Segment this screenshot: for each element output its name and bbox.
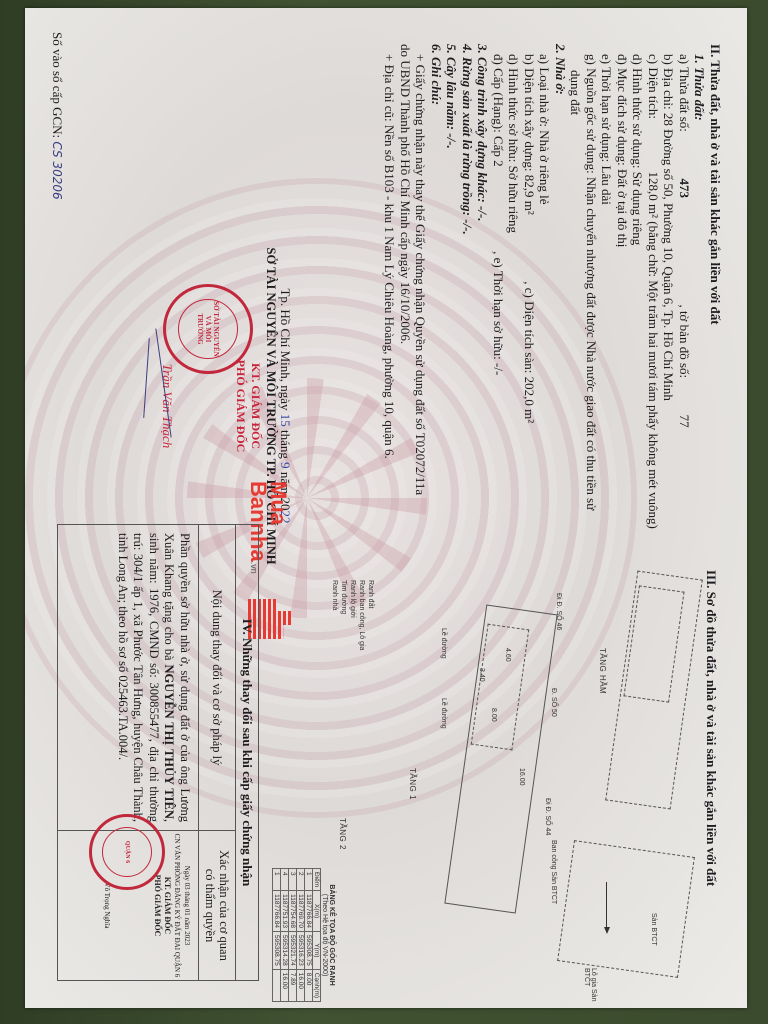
parcel-label: a) Thửa đất số:: [677, 54, 692, 132]
loggia-label: Lô gia Sàn BTCT: [583, 968, 597, 1008]
recipient-name: NGUYỄN THỊ THỦY TIÊN: [163, 664, 177, 818]
curb-label: Lề đường: [440, 698, 447, 729]
col-content-header: Nội dung thay đổi và cơ sở pháp lý: [198, 525, 235, 830]
dimension: 4.60: [504, 648, 511, 662]
registry-label: Số vào sổ cấp GCN:: [50, 32, 65, 138]
registry-value: CS 30206: [50, 141, 64, 199]
col-confirm-header: Xác nhận của cơ quan: [217, 831, 231, 980]
note-line-2: do UBND Thành phố Hồ Chí Minh cấp ngày 1…: [398, 44, 414, 529]
forest: 4. Rừng sản xuất là rừng trồng: -/-.: [460, 44, 476, 529]
change-content: Phần quyền sở hữu nhà ở, sử dụng đất ở c…: [109, 525, 199, 830]
registry-number: Số vào sổ cấp GCN: CS 30206: [49, 32, 65, 200]
coord-table-subtitle: (Theo Hệ tọa độ VN-2000): [321, 868, 328, 1002]
house-grade: đ) Cấp (Hạng): Cấp 2: [491, 54, 506, 167]
land-certificate-page: II. Thửa đất, nhà ở và tài sản khác gắn …: [25, 8, 747, 1008]
legend-item: Tim đường: [339, 580, 348, 650]
coord-row: 11187766.84595308.75: [273, 869, 281, 1002]
cert-office: CN VĂN PHÒNG ĐĂNG KÝ ĐẤT ĐAI QUẬN 6: [172, 831, 182, 980]
coord-row: 21187769.70595316.2316.00: [297, 869, 305, 1002]
coord-header: Điểm: [313, 869, 321, 891]
office-stamp: QUẬN 6: [89, 814, 165, 890]
section-3-title: III. Sơ đồ thửa đất, nhà ở và tài sản kh…: [703, 570, 719, 886]
house-term: , e) Thời hạn sở hữu: -/-: [491, 251, 506, 375]
house-type: a) Loại nhà ở: Nhà ở riêng lẻ: [537, 44, 553, 529]
floor-area: , c) Diện tích sàn: 202,0 m²: [522, 281, 537, 423]
legend-item: Ranh đất: [366, 580, 375, 650]
map-legend: Ranh đất Ranh ban công, Lô gia Ranh lộ g…: [330, 580, 375, 650]
land-origin: g) Nguồn gốc sử dụng: Nhận chuyển nhượng…: [584, 44, 600, 529]
road-label: Đi Đ. SỐ 44: [544, 798, 551, 835]
section-4-changes: IV. Những thay đổi sau khi cấp giấy chứn…: [57, 524, 259, 981]
road-label: Đi Đ. SỐ 46: [555, 593, 562, 630]
dimension: 16.00: [518, 768, 525, 786]
coord-header: Cạnh(m): [313, 969, 321, 1001]
coord-header: X(m): [313, 891, 321, 932]
note-line-1: + Giấy chứng nhận này thay thế Giấy chứn…: [413, 44, 429, 529]
coord-table-title: BẢNG KÊ TỌA ĐỘ GÓC RANH: [328, 868, 335, 1002]
land-purpose: đ) Mục đích sử dụng: Đất ở tại đô thị: [615, 44, 631, 529]
land-origin-cont: dụng đất: [568, 44, 584, 529]
col-confirm-header-2: có thẩm quyền: [203, 831, 217, 980]
slab-label: Sàn BTCT: [650, 913, 657, 946]
land-address: b) Địa chỉ: 28 Đường số 50, Phường 10, Q…: [661, 44, 677, 529]
land-heading: 1. Thửa đất:: [692, 44, 708, 529]
floor-label-basement: TẦNG HẦM: [598, 648, 607, 694]
balcony-label: Ban công Sàn BTCT: [550, 840, 557, 904]
other-works: 3. Công trình xây dựng khác: -/-.: [475, 44, 491, 529]
dimension: 8.00: [490, 708, 497, 722]
floor-label-2: TẦNG 2: [338, 818, 347, 850]
floor2-plan: [557, 840, 695, 978]
coord-header: Y(m): [313, 932, 321, 970]
legend-item: Ranh lộ giới: [348, 580, 357, 650]
section-4-title: IV. Những thay đổi sau khi cấp giấy chứn…: [235, 525, 258, 980]
dimension: 3.40: [478, 668, 485, 682]
map-sheet-number: 77: [677, 415, 692, 428]
section-2-title: II. Thửa đất, nhà ở và tài sản khác gắn …: [708, 44, 724, 529]
coordinate-table: BẢNG KÊ TỌA ĐỘ GÓC RANH (Theo Hệ tọa độ …: [272, 868, 335, 1002]
coord-row: 31187754.68595321.747.89: [289, 869, 297, 1002]
month-label: tháng: [278, 430, 293, 459]
land-term: e) Thời hạn sử dụng: Lâu dài: [599, 44, 615, 529]
official-stamp: SỞ TÀI NGUYÊN VÀ MÔI TRƯỜNG: [163, 284, 253, 374]
curb-label: Lề đường: [440, 628, 447, 659]
stamp-center-text: SỞ TÀI NGUYÊN VÀ MÔI TRƯỜNG: [196, 300, 220, 358]
signer-name: Trần Văn Thạch: [160, 246, 175, 566]
cert-date: Ngày 03 tháng 01 năm 2023: [182, 831, 192, 980]
parcel-number: 473: [677, 178, 692, 198]
legend-item: Ranh ban công, Lô gia: [357, 580, 366, 650]
perennial-trees: 5. Cây lâu năm: -/-.: [444, 44, 460, 529]
house-heading: 2. Nhà ở:: [553, 44, 569, 529]
house-ownership: d) Hình thức sở hữu: Sở hữu riêng: [506, 44, 522, 529]
logo-line-1: Mua: [268, 481, 288, 574]
area-value: 128,0 m² (bằng chữ: Một trăm hai mươi tá…: [646, 171, 661, 528]
section-2: II. Thửa đất, nhà ở và tài sản khác gắn …: [382, 44, 723, 529]
road-label: Đ. SỐ 50: [550, 688, 557, 717]
notes-heading: 6. Ghi chú:: [429, 44, 445, 529]
legend-item: Ranh nhà: [330, 580, 339, 650]
coord-row: 11187766.84595308.758.00: [305, 869, 313, 1002]
note-line-3: + Địa chỉ cũ: Nền số B103 - khu 1 Nam Lý…: [382, 44, 398, 529]
area-label: c) Diện tích:: [646, 54, 661, 119]
map-sheet-label: , tờ bản đồ số:: [677, 304, 692, 378]
date-prefix: Tp. Hồ Chí Minh, ngày: [278, 288, 293, 410]
land-use-form: d) Hình thức sử dụng: Sử dụng riêng: [630, 44, 646, 529]
north-arrow-icon: [606, 882, 607, 932]
date-day: 15: [278, 414, 293, 427]
date-month: 9: [278, 462, 293, 469]
floor-label-1: TẦNG 1: [408, 768, 417, 800]
coord-row: 41187751.93595314.2816.00: [281, 869, 289, 1002]
build-area: b) Diện tích xây dựng: 82,9 m²: [522, 54, 537, 215]
